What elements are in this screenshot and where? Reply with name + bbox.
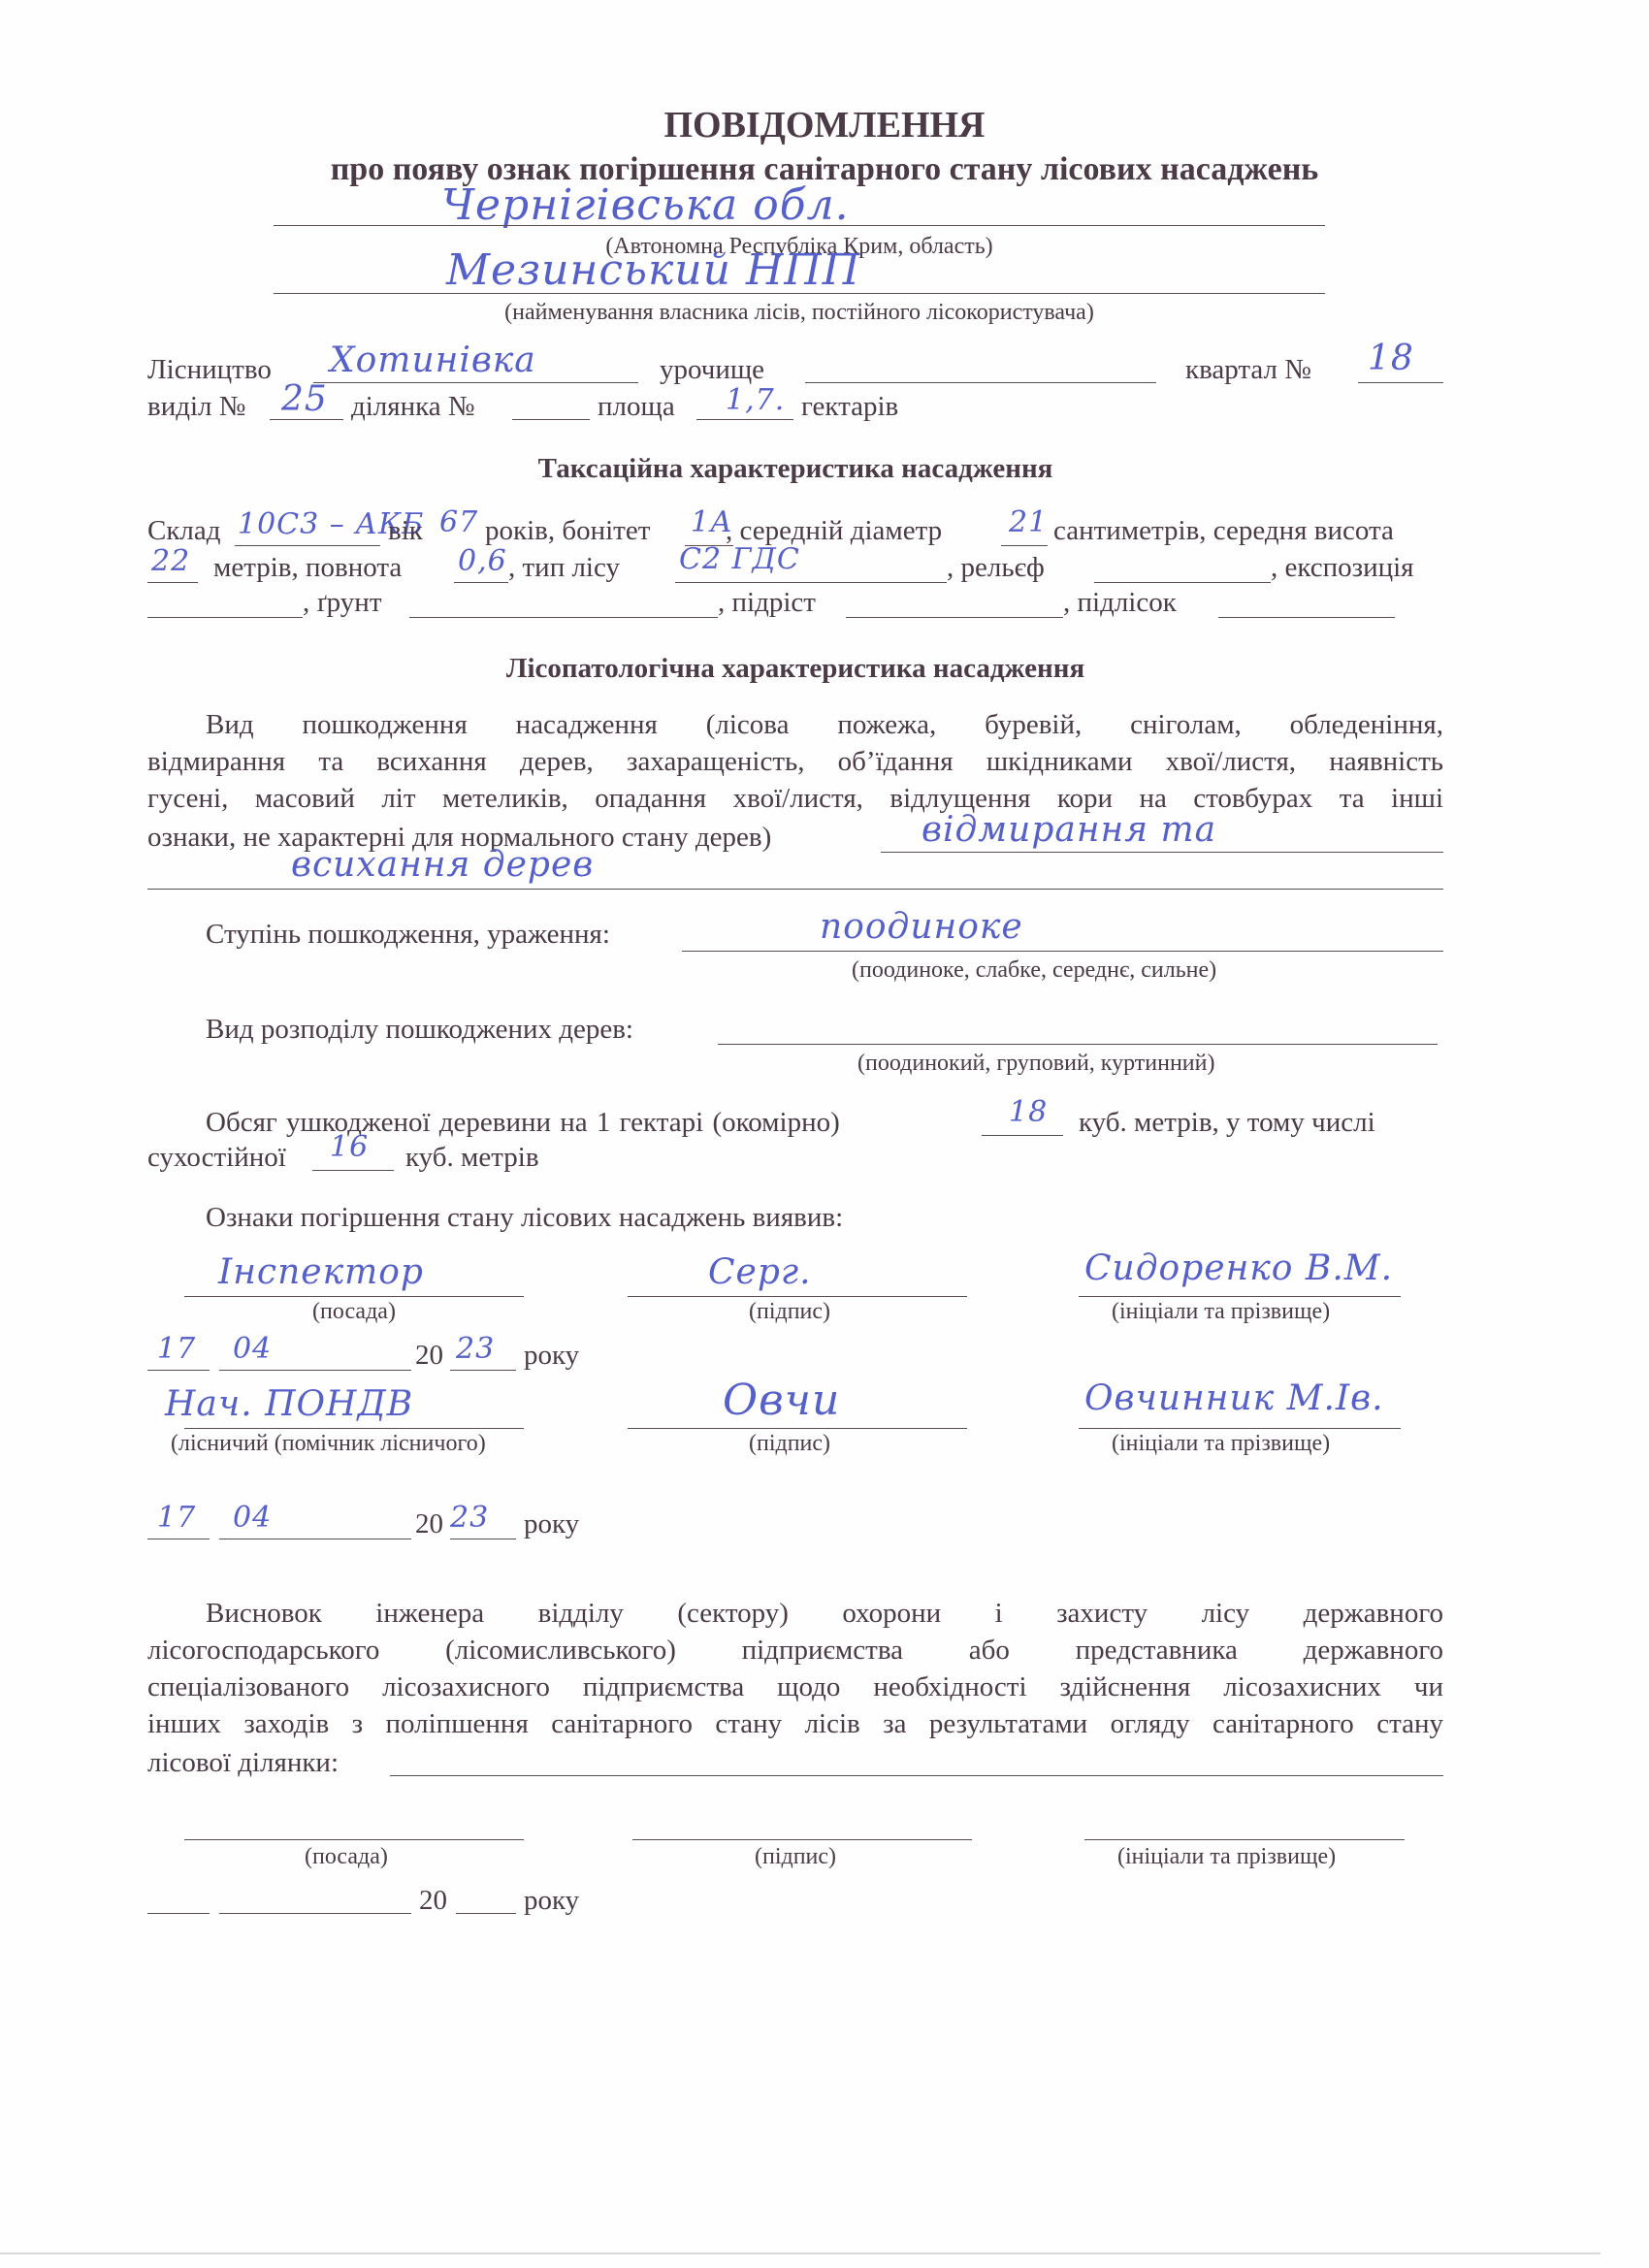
conclusion-date-century: 20: [419, 1884, 447, 1917]
second-position-caption: (лісничий (помічник лісничого): [171, 1430, 486, 1457]
height-unit: метрів, повнота: [213, 551, 402, 584]
plot-label: ділянка №: [351, 390, 475, 423]
undergrowth-label: , підріст: [718, 586, 816, 619]
first-date-year[interactable]: 23: [456, 1333, 495, 1366]
soil-field[interactable]: [409, 617, 718, 618]
volume-text-2: куб. метрів, у тому числі: [1079, 1106, 1375, 1139]
conclusion-signature-caption: (підпис): [755, 1843, 836, 1870]
conclusion-line: Висновок інженера відділу (сектору) охор…: [147, 1595, 1443, 1632]
damage-type-value-1[interactable]: відмирання та: [921, 811, 1216, 850]
compartment-label: виділ №: [147, 390, 245, 423]
conclusion-last-line: лісової ділянки:: [147, 1746, 339, 1779]
density-value[interactable]: 0,6: [458, 545, 507, 578]
quarter-label: квартал №: [1185, 353, 1311, 386]
forestry-value[interactable]: Хотинівка: [330, 341, 536, 380]
exposure-label: , експозиція: [1271, 551, 1414, 584]
owner-caption: (найменування власника лісів, постійного…: [274, 299, 1325, 326]
tract-field[interactable]: [805, 382, 1156, 383]
damage-type-line-2: [147, 889, 1443, 890]
height-line: [147, 582, 198, 583]
distribution-field[interactable]: [718, 1044, 1438, 1045]
second-date-day[interactable]: 17: [157, 1502, 196, 1535]
detected-by-label: Ознаки погіршення стану лісових насаджен…: [206, 1201, 843, 1234]
first-name-value[interactable]: Сидоренко В.М.: [1084, 1249, 1393, 1288]
composition-line: [235, 545, 380, 546]
second-date-month-line: [219, 1539, 411, 1539]
diameter-value[interactable]: 21: [1009, 506, 1048, 539]
soil-label: , ґрунт: [303, 586, 382, 619]
quarter-line: [1358, 382, 1443, 383]
second-name-value[interactable]: Овчинник М.Ів.: [1084, 1379, 1384, 1418]
second-name-caption: (ініціали та прізвище): [1112, 1430, 1330, 1457]
first-name-line: [1079, 1296, 1401, 1297]
document-title: ПОВІДОМЛЕННЯ: [0, 109, 1649, 142]
forest-type-value[interactable]: С2 ГДС: [679, 543, 800, 576]
second-signature-line: [628, 1428, 967, 1429]
second-position-value[interactable]: Нач. ПОНДВ: [165, 1385, 413, 1424]
height-value[interactable]: 22: [151, 545, 190, 578]
volume-line: [982, 1135, 1063, 1136]
undergrowth-field[interactable]: [846, 617, 1063, 618]
conclusion-field[interactable]: [390, 1775, 1443, 1776]
second-date-year-line: [450, 1539, 516, 1539]
tract-label: урочище: [660, 353, 764, 386]
conclusion-date-day-field[interactable]: [147, 1913, 210, 1914]
first-position-line: [184, 1296, 524, 1297]
relief-field[interactable]: [1094, 582, 1271, 583]
conclusion-date-month-field[interactable]: [219, 1913, 411, 1914]
first-date-day-line: [147, 1370, 210, 1371]
relief-label: , рельєф: [947, 551, 1045, 584]
distribution-caption: (поодинокий, груповий, куртинний): [857, 1050, 1214, 1077]
conclusion-name-field[interactable]: [1084, 1839, 1405, 1840]
conclusion-date-suffix: року: [524, 1884, 579, 1917]
first-signature-caption: (підпис): [749, 1298, 830, 1325]
deadwood-label: сухостійної: [147, 1141, 286, 1174]
diameter-unit: сантиметрів, середня висота: [1053, 514, 1394, 547]
damage-type-paragraph: Вид пошкодження насадження (лісова пожеж…: [147, 706, 1443, 817]
conclusion-signature-field[interactable]: [632, 1839, 972, 1840]
second-date-day-line: [147, 1539, 210, 1539]
damage-type-line: Вид пошкодження насадження (лісова пожеж…: [147, 706, 1443, 743]
deadwood-value[interactable]: 16: [330, 1131, 369, 1164]
forestry-label: Лісництво: [147, 353, 272, 386]
second-position-line: [184, 1428, 524, 1429]
composition-label: Склад: [147, 514, 221, 547]
diameter-line: [1001, 545, 1048, 546]
first-signature-line: [628, 1296, 967, 1297]
second-date-century: 20: [415, 1507, 443, 1540]
forest-type-line: [675, 582, 947, 583]
first-position-caption: (посада): [184, 1298, 524, 1325]
owner-value[interactable]: Мезинський НПП: [446, 247, 860, 294]
density-line: [454, 582, 508, 583]
area-unit: гектарів: [801, 390, 898, 423]
second-date-year[interactable]: 23: [450, 1502, 489, 1535]
conclusion-line: лісогосподарського (лісомисливського) пі…: [147, 1632, 1443, 1669]
pathology-heading: Лісопатологічна характеристика насадженн…: [0, 652, 1591, 685]
deadwood-line: [312, 1170, 394, 1171]
conclusion-line: спеціалізованого лісозахисного підприємс…: [147, 1669, 1443, 1705]
first-name-caption: (ініціали та прізвище): [1112, 1298, 1330, 1325]
scan-edge: [0, 2252, 1600, 2254]
age-value[interactable]: 67: [439, 506, 478, 539]
volume-text-1: Обсяг ушкодженої деревини на 1 гектарі (…: [206, 1106, 840, 1139]
conclusion-date-year-field[interactable]: [456, 1913, 516, 1914]
quarter-value[interactable]: 18: [1368, 340, 1414, 378]
taxation-heading: Таксаційна характеристика насадження: [0, 452, 1591, 485]
second-signature[interactable]: Овчи: [723, 1377, 840, 1424]
area-value[interactable]: 1,7.: [726, 384, 785, 417]
region-value[interactable]: Чернігівська обл.: [441, 182, 850, 229]
first-date-century: 20: [415, 1339, 443, 1372]
damage-type-line: гусені, масовий літ метеликів, опадання …: [147, 780, 1443, 817]
damage-type-line-1: [881, 852, 1443, 853]
forest-type-label: , тип лісу: [508, 551, 620, 584]
underbrush-label: , підлісок: [1063, 586, 1177, 619]
first-date-suffix: року: [524, 1339, 579, 1372]
damage-type-value-2[interactable]: всихання дерев: [291, 846, 594, 885]
area-label: площа: [598, 390, 675, 423]
first-date-year-line: [450, 1370, 516, 1371]
damage-type-line: відмирання та всихання дерев, захаращені…: [147, 743, 1443, 780]
compartment-line: [270, 419, 343, 420]
degree-line: [682, 951, 1443, 952]
age-label: вік: [388, 514, 423, 547]
distribution-label: Вид розподілу пошкоджених дерев:: [206, 1013, 633, 1046]
plot-field[interactable]: [512, 419, 590, 420]
compartment-value[interactable]: 25: [281, 380, 328, 419]
degree-value[interactable]: поодиноке: [820, 908, 1023, 947]
age-unit: років, бонітет: [485, 514, 650, 547]
exposure-field[interactable]: [147, 617, 303, 618]
conclusion-line: інших заходів з поліпшення санітарного с…: [147, 1705, 1443, 1742]
first-date-month-line: [219, 1370, 411, 1371]
conclusion-position-field[interactable]: [184, 1839, 524, 1840]
first-position-value[interactable]: Інспектор: [218, 1253, 424, 1292]
second-signature-caption: (підпис): [749, 1430, 830, 1457]
region-line: [274, 225, 1325, 226]
second-name-line: [1079, 1428, 1401, 1429]
second-date-suffix: року: [524, 1507, 579, 1540]
conclusion-position-caption: (посада): [305, 1843, 388, 1870]
first-date-month[interactable]: 04: [233, 1333, 272, 1366]
first-signature[interactable]: Серг.: [708, 1253, 812, 1292]
second-date-month[interactable]: 04: [233, 1502, 272, 1535]
conclusion-paragraph: Висновок інженера відділу (сектору) охор…: [147, 1595, 1443, 1742]
area-line: [696, 419, 793, 420]
degree-label: Ступінь пошкодження, ураження:: [206, 918, 610, 951]
document-page: ПОВІДОМЛЕННЯ про появу ознак погіршення …: [0, 0, 1649, 2268]
deadwood-unit: куб. метрів: [405, 1141, 539, 1174]
first-date-day[interactable]: 17: [157, 1333, 196, 1366]
conclusion-name-caption: (ініціали та прізвище): [1117, 1843, 1336, 1870]
degree-caption: (поодиноке, слабке, середнє, сильне): [852, 956, 1216, 984]
owner-line: [274, 293, 1325, 294]
volume-value[interactable]: 18: [1009, 1096, 1048, 1129]
underbrush-field[interactable]: [1218, 617, 1395, 618]
forestry-line: [313, 382, 638, 383]
